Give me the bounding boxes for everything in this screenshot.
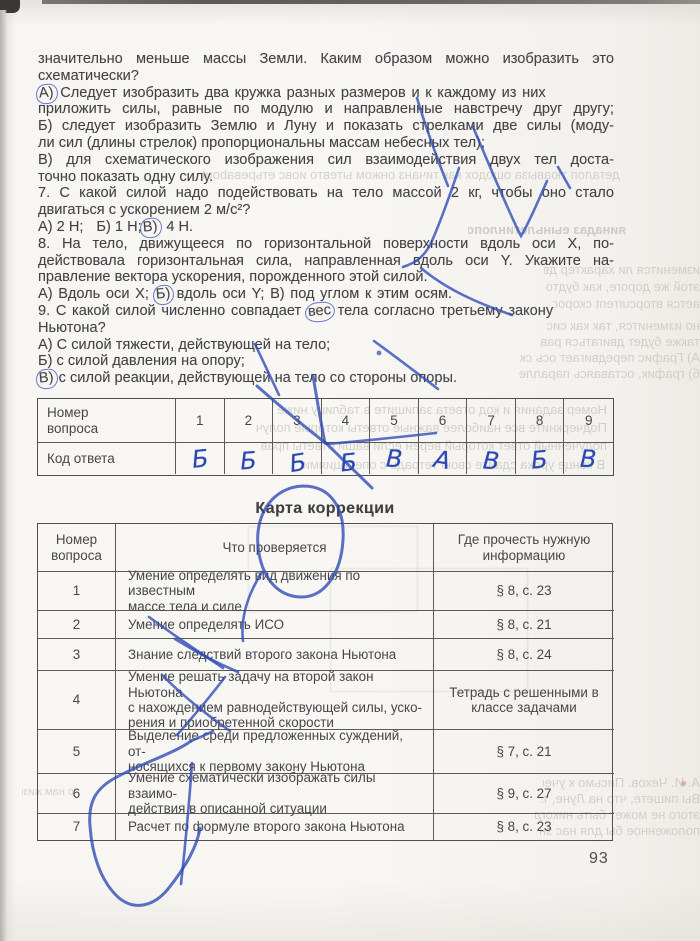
row-label-question-number: Номер вопроса	[38, 399, 176, 443]
row-check-text: Выделение среди предложенных суждений, о…	[116, 730, 434, 774]
circled-word: вес	[307, 302, 331, 320]
correction-card-title: Карта коррекции	[37, 500, 613, 518]
row-reference: § 8, с. 23	[434, 572, 614, 611]
option-v-text: с силой реакции, действующей на тело со …	[59, 370, 457, 386]
question-number-cell: 7	[467, 399, 516, 443]
bleed-through-text: этой же дороге, как будто	[540, 279, 700, 294]
text-line: Б) следует изобразить Землю и Луну и пок…	[38, 118, 614, 135]
option-b: Б) 1 Н;	[96, 219, 141, 235]
row-reference: § 8, с. 24	[434, 639, 614, 671]
bleed-through-text: б) график, оставаясь паралле	[505, 366, 700, 381]
row-number: 5	[38, 730, 116, 774]
option-v-text: 4 Н.	[166, 219, 193, 235]
row-check-text: Умение схематически изображать силы взаи…	[116, 774, 434, 814]
option-marker: А)	[38, 84, 54, 101]
answer-cell: Б	[273, 443, 322, 474]
question-7: 7. С какой силой надо подействовать на т…	[38, 185, 614, 202]
row-check-text: Умение определять вид движения по извест…	[116, 572, 434, 611]
answer-cell: А	[419, 443, 468, 474]
question-8-options: А) Вдоль оси X; Б) вдоль оси Y; В) под у…	[38, 286, 614, 303]
row-reference: § 8, с. 21	[434, 611, 614, 639]
question-number-cell: 2	[225, 399, 274, 443]
row-number: 1	[38, 572, 116, 611]
row-check-text: Умение определять ИСО	[116, 611, 434, 639]
row-reference: Тетрадь с решенными в классе задачами	[434, 671, 614, 730]
row-number: 6	[38, 774, 116, 814]
option-marker: Б)	[155, 286, 171, 303]
row-number: 2	[38, 611, 116, 639]
question-8: 8. На тело, движущееся по горизонтальной…	[38, 236, 614, 253]
question-number-cell: 9	[564, 399, 613, 443]
bleed-through-text: ается вторcurrent скорости	[553, 296, 700, 311]
handwritten-answer: Б	[287, 449, 307, 475]
question-text: 9. С какой силой численно совпадает	[38, 303, 301, 319]
header-where-to-read: Где прочесть нужную информацию	[434, 524, 614, 572]
handwritten-answer: В	[482, 448, 500, 473]
question-9-line2: Ньютона?	[38, 320, 614, 337]
bleed-through-text: А) Графис передвигает ось ск	[500, 350, 700, 365]
answer-cell: Б	[225, 443, 274, 474]
question-7-line2: двигаться с ускорением 2 м/с²?	[38, 202, 614, 219]
question-number-cell: 5	[370, 399, 419, 443]
pen-circle-word-ves: вес	[304, 301, 336, 323]
option-marker: В)	[38, 370, 54, 387]
row-number: 3	[38, 639, 116, 671]
row-reference: § 7, с. 21	[434, 730, 614, 774]
question-8-line3: правление вектора ускорения, порожденног…	[38, 269, 614, 286]
question-number-cell: 6	[419, 399, 468, 443]
bleed-through-text: также будет двигаться равном	[540, 334, 700, 349]
option-b-text: вдоль оси Y;	[177, 286, 265, 302]
handwritten-answer: Б	[339, 449, 358, 475]
row-reference: § 8, с. 23	[434, 814, 614, 840]
correction-table: Номер вопроса Что проверяется Где прочес…	[37, 523, 613, 841]
question-text: тела согласно третьему закону	[338, 303, 554, 319]
answer-cell: Б	[322, 443, 371, 474]
text-line: приложить силы, равные по модулю и напра…	[38, 101, 614, 118]
scan-left-edge	[0, 10, 7, 941]
question-number-cell: 4	[322, 399, 371, 443]
handwritten-answer: А	[432, 446, 452, 472]
handwritten-answer: Б	[190, 446, 209, 472]
text-line: ли сил (длины стрелок) пропорциональны м…	[38, 135, 614, 152]
page-number: 93	[589, 850, 609, 868]
option-a: А) 2 Н;	[38, 219, 83, 235]
answer-cell: Б	[516, 443, 565, 474]
handwritten-answer: Б	[530, 447, 548, 472]
header-what-is-checked: Что проверяется	[116, 524, 434, 572]
row-label-answer-code: Код ответа	[38, 443, 176, 474]
option-text: Следует изобразить два кружка разных раз…	[60, 85, 545, 101]
question-8-line2: действовала горизонтальная сила, направл…	[38, 253, 614, 270]
row-check-text: Знание следствий второго закона Ньютона	[116, 639, 434, 671]
handwritten-answer: Б	[239, 448, 257, 473]
question-number-cell: 1	[176, 399, 225, 443]
answer-cell: В	[564, 443, 613, 474]
row-number: 7	[38, 814, 116, 840]
text-line: схематически?	[38, 68, 614, 85]
option-a: А) Вдоль оси X;	[38, 286, 149, 302]
option-line-q6-a: А) Следует изобразить два кружка разных …	[38, 85, 614, 102]
handwritten-answer: В	[385, 446, 403, 471]
pen-circle-q9-v: В)	[35, 368, 58, 390]
bleed-through-text: яинадаз еыньлетинлопоД	[468, 222, 626, 237]
option-marker: В)	[142, 218, 158, 235]
questions-text-block: значительно меньше массы Земли. Каким об…	[38, 51, 614, 387]
bleed-through-text: но изменится, так как система	[546, 318, 700, 333]
question-9: 9. С какой силой численно совпадает вес …	[38, 303, 614, 320]
row-check-text: Умение решать задачу на второй закон Нью…	[116, 671, 434, 730]
bleed-through-text: изменится ли характер движения	[544, 262, 700, 277]
handwritten-answer: В	[580, 446, 597, 471]
bleed-through-text: деталоп тюавыза ошодох как тичанз онжом …	[180, 167, 620, 182]
answer-cell: Б	[176, 443, 225, 474]
scan-top-edge	[42, 0, 700, 4]
header-question-number: Номер вопроса	[38, 524, 116, 572]
row-check-text: Расчет по формуле второго закона Ньютона	[116, 814, 434, 840]
answer-cell: В	[467, 443, 516, 474]
answer-code-table: Номер вопроса 1 2 3 4 5 6 7 8 9 Код отве…	[37, 398, 614, 476]
question-number-cell: 8	[516, 399, 565, 443]
option-v: В) под углом к этим осям.	[270, 286, 452, 302]
text-line: значительно меньше массы Земли. Каким об…	[38, 51, 614, 68]
question-number-cell: 3	[273, 399, 322, 443]
row-number: 4	[38, 671, 116, 730]
row-reference: § 9, с. 27	[434, 774, 614, 814]
answer-cell: В	[370, 443, 419, 474]
